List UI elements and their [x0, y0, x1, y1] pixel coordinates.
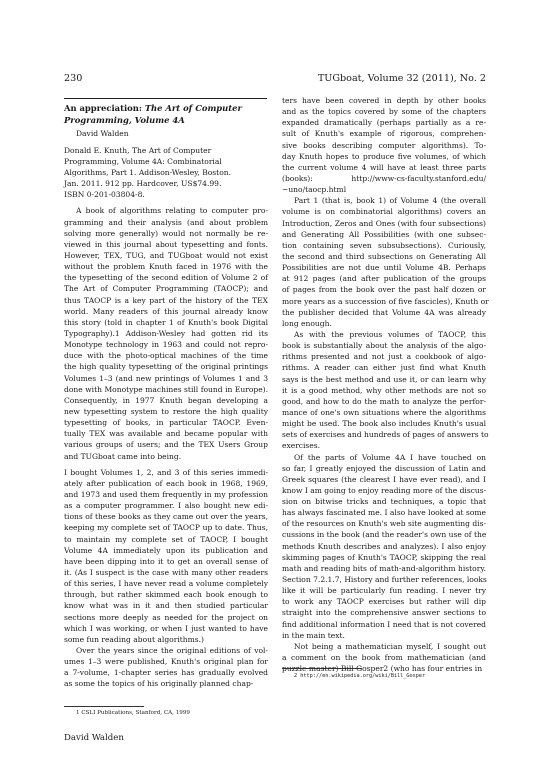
text-line: this story (told in chapter 1 of Knuth's… — [64, 317, 268, 328]
text-line: of pages from the book over the past hal… — [282, 284, 486, 295]
text-line: so far, I greatly enjoyed the discussion… — [282, 463, 486, 474]
text-line: of the resources on Knuth's web site aug… — [282, 518, 486, 529]
text-line: Monotype technology in 1963 and could no… — [64, 339, 268, 350]
text-line: Possibilities are not due until Volume 4… — [282, 262, 486, 273]
text-line: Over the years since the original editio… — [64, 645, 268, 656]
text-line: sets of exercises and hundreds of pages … — [282, 429, 486, 440]
text-line: ters have been covered in depth by other… — [282, 95, 486, 106]
page-header: 230 TUGboat, Volume 32 (2011), No. 2 — [64, 73, 486, 87]
text-line: skimming pages of Knuth's TAOCP, skippin… — [282, 552, 486, 563]
page-number: 230 — [64, 73, 82, 84]
text-line: might be used. The book also includes Kn… — [282, 418, 486, 429]
left-column: An appreciation: The Art of Computer Pro… — [64, 99, 268, 690]
text-line: umes 1–3 were published, Knuth's origina… — [64, 656, 268, 667]
text-line: methods Knuth describes and analyzes). I… — [282, 541, 486, 552]
text-line[interactable]: ~uno/taocp.html — [282, 184, 486, 195]
text-line: viewed in this journal about typesetting… — [64, 239, 268, 250]
text-line: the high quality typesetting of the orig… — [64, 361, 268, 372]
text-line: sion on bitwise tricks and techniques, a… — [282, 496, 486, 507]
text-line: find additional information I need that … — [282, 619, 486, 630]
text-line: know what was in it and then studied par… — [64, 600, 268, 611]
text-line: duce with the photo-optical machines of … — [64, 350, 268, 361]
text-line: more years as a succession of five fasci… — [282, 296, 486, 307]
text-line: volume is on combinatorial algorithms) c… — [282, 206, 486, 217]
text-line: ISBN 0-201-03804-8. — [64, 189, 268, 200]
text-line: a comment on the book from mathematician… — [282, 652, 486, 663]
text-line: know I am going to enjoy reading more of… — [282, 485, 486, 496]
journal-title: TUGboat, Volume 32 (2011), No. 2 — [318, 73, 486, 84]
text-line: like it will be particularly fun reading… — [282, 585, 486, 596]
text-line: as some the topics of his originally pla… — [64, 678, 268, 689]
text-line: various groups of users; and the TEX Use… — [64, 439, 268, 450]
text-line: day Knuth hopes to produce five volumes,… — [282, 151, 486, 162]
text-line: Greek squares (the clearest I have ever … — [282, 474, 486, 485]
text-line: the publisher decided that Volume 4A was… — [282, 307, 486, 318]
right-column-text: ters have been covered in depth by other… — [282, 95, 486, 674]
text-line: a 7-volume, 1-chapter series has gradual… — [64, 667, 268, 678]
title-italic-1: The Art of Computer — [145, 103, 242, 113]
text-line: the typesetting of the second edition of… — [64, 272, 268, 283]
text-line: The Art of Computer Programming (TAOCP);… — [64, 283, 268, 294]
text-line: typesetting of books, in particular TAOC… — [64, 417, 268, 428]
text-line: rithms presented and not just a cookbook… — [282, 351, 486, 362]
text-line: tions of these books as they came out ov… — [64, 511, 268, 522]
text-line: to work any TAOCP exercises but rather w… — [282, 596, 486, 607]
text-line: world. Many readers of this journal alre… — [64, 306, 268, 317]
text-line: A book of algorithms relating to compute… — [64, 205, 268, 216]
footnote-2-link[interactable]: 2 http://en.wikipedia.org/wiki/Bill_Gosp… — [294, 673, 425, 679]
text-line: and as the topics covered by some of the… — [282, 106, 486, 117]
text-line: straight into the comprehensive answer s… — [282, 607, 486, 618]
text-line: some fun reading about algorithms.) — [64, 634, 268, 645]
text-line: cussions in the book (and the reader's o… — [282, 529, 486, 540]
article-title: An appreciation: The Art of Computer Pro… — [64, 103, 268, 127]
text-line: as a computer programmer. I also bought … — [64, 500, 268, 511]
text-line: have been dipping into it to get an over… — [64, 556, 268, 567]
text-line: As with the previous volumes of TAOCP, t… — [282, 329, 486, 340]
text-line: new typesetting system to restore the hi… — [64, 406, 268, 417]
text-line: Typography).1 Addison-Wesley had gotten … — [64, 328, 268, 339]
text-line: Of the parts of Volume 4A I have touched… — [282, 452, 486, 463]
text-line: Jan. 2011. 912 pp. Hardcover, US$74.99. — [64, 178, 268, 189]
text-line: has always fascinated me. I also have lo… — [282, 507, 486, 518]
text-line: and TUGboat came into being. — [64, 451, 268, 462]
footnote-rule-right — [282, 668, 362, 669]
text-line: exercises. — [282, 440, 486, 451]
text-line: I bought Volumes 1, 2, and 3 of this ser… — [64, 467, 268, 478]
text-line: thus TAOCP is a key part of the history … — [64, 295, 268, 306]
text-line: Section 7.2.1.7, History and further ref… — [282, 574, 486, 585]
title-prefix: An appreciation: — [64, 103, 145, 113]
text-line: sult of Knuth's example of rigorous, com… — [282, 128, 486, 139]
text-line: tion containing seven subsubsections). C… — [282, 240, 486, 251]
text-line: and Generating All Possibilities (with o… — [282, 229, 486, 240]
right-column: ters have been covered in depth by other… — [282, 95, 486, 674]
footer-author: David Walden — [64, 733, 124, 743]
text-line: book is substantially about the analysis… — [282, 340, 486, 351]
text-line: it is a good method, why other methods a… — [282, 385, 486, 396]
text-line: Volumes 1–3 (and new printings of Volume… — [64, 373, 268, 384]
text-line: However, TEX, TUG, and TUGboat would not… — [64, 250, 268, 261]
text-line: long enough. — [282, 318, 486, 329]
text-line: gramming and their analysis (and about p… — [64, 217, 268, 228]
text-line: in the main text. — [282, 630, 486, 641]
text-line: tually TEX was available and became popu… — [64, 428, 268, 439]
text-line: sections more deeply as needed for the p… — [64, 612, 268, 623]
text-line: expanded dramatically (perhaps partially… — [282, 117, 486, 128]
left-column-text: Donald E. Knuth, The Art of ComputerProg… — [64, 145, 268, 690]
text-line: of this series, I have never read a volu… — [64, 578, 268, 589]
text-line: Not being a mathematician myself, I soug… — [282, 641, 486, 652]
text-line: sive books describing computer algorithm… — [282, 140, 486, 151]
footnote-1: 1 CSLI Publications, Stanford, CA, 1999 — [76, 710, 190, 716]
text-line: through, but rather skimmed each book en… — [64, 589, 268, 600]
text-line: Introduction, Zeros and Ones (with four … — [282, 218, 486, 229]
text-line: and 1973 and used them frequently in my … — [64, 489, 268, 500]
article-author: David Walden — [64, 128, 268, 139]
text-line: Donald E. Knuth, The Art of Computer — [64, 145, 268, 156]
text-line: which I was working, or when I just want… — [64, 623, 268, 634]
text-line: without the problem Knuth faced in 1976 … — [64, 261, 268, 272]
footnote-rule-left — [64, 706, 144, 707]
text-line: ately after publication of each book in … — [64, 478, 268, 489]
text-line[interactable]: (books): http://www-cs-faculty.stanford.… — [282, 173, 486, 184]
text-line: math and reading bits of math-and-algori… — [282, 563, 486, 574]
text-line: Programming, Volume 4A: Combinatorial — [64, 156, 268, 167]
text-line: Part 1 (that is, book 1) of Volume 4 (th… — [282, 195, 486, 206]
text-line: mance of one's own situations where the … — [282, 407, 486, 418]
text-line: good, and how to do the math to analyze … — [282, 396, 486, 407]
text-line: the second and third subsections on Gene… — [282, 251, 486, 262]
text-line: at 912 pages (and after publication of t… — [282, 273, 486, 284]
text-line: to maintain my complete set of TAOCP, I … — [64, 534, 268, 545]
text-line: Volume 4A immediately upon its publicati… — [64, 545, 268, 556]
text-line: it. (As I suspect is the case with many … — [64, 567, 268, 578]
text-line: solving more generally) would not normal… — [64, 228, 268, 239]
text-line: Consequently, in 1977 Knuth began develo… — [64, 395, 268, 406]
text-line: Algorithms, Part 1. Addison-Wesley, Bost… — [64, 167, 268, 178]
title-italic-2: Programming, Volume 4A — [64, 115, 185, 125]
text-line: says is the best method and use it, or c… — [282, 374, 486, 385]
text-line: the current volume 4 will have at least … — [282, 162, 486, 173]
text-line: done with Monotype machines still found … — [64, 384, 268, 395]
text-line: rithms. A reader can either just find wh… — [282, 362, 486, 373]
text-line: keeping my complete set of TAOCP up to d… — [64, 522, 268, 533]
